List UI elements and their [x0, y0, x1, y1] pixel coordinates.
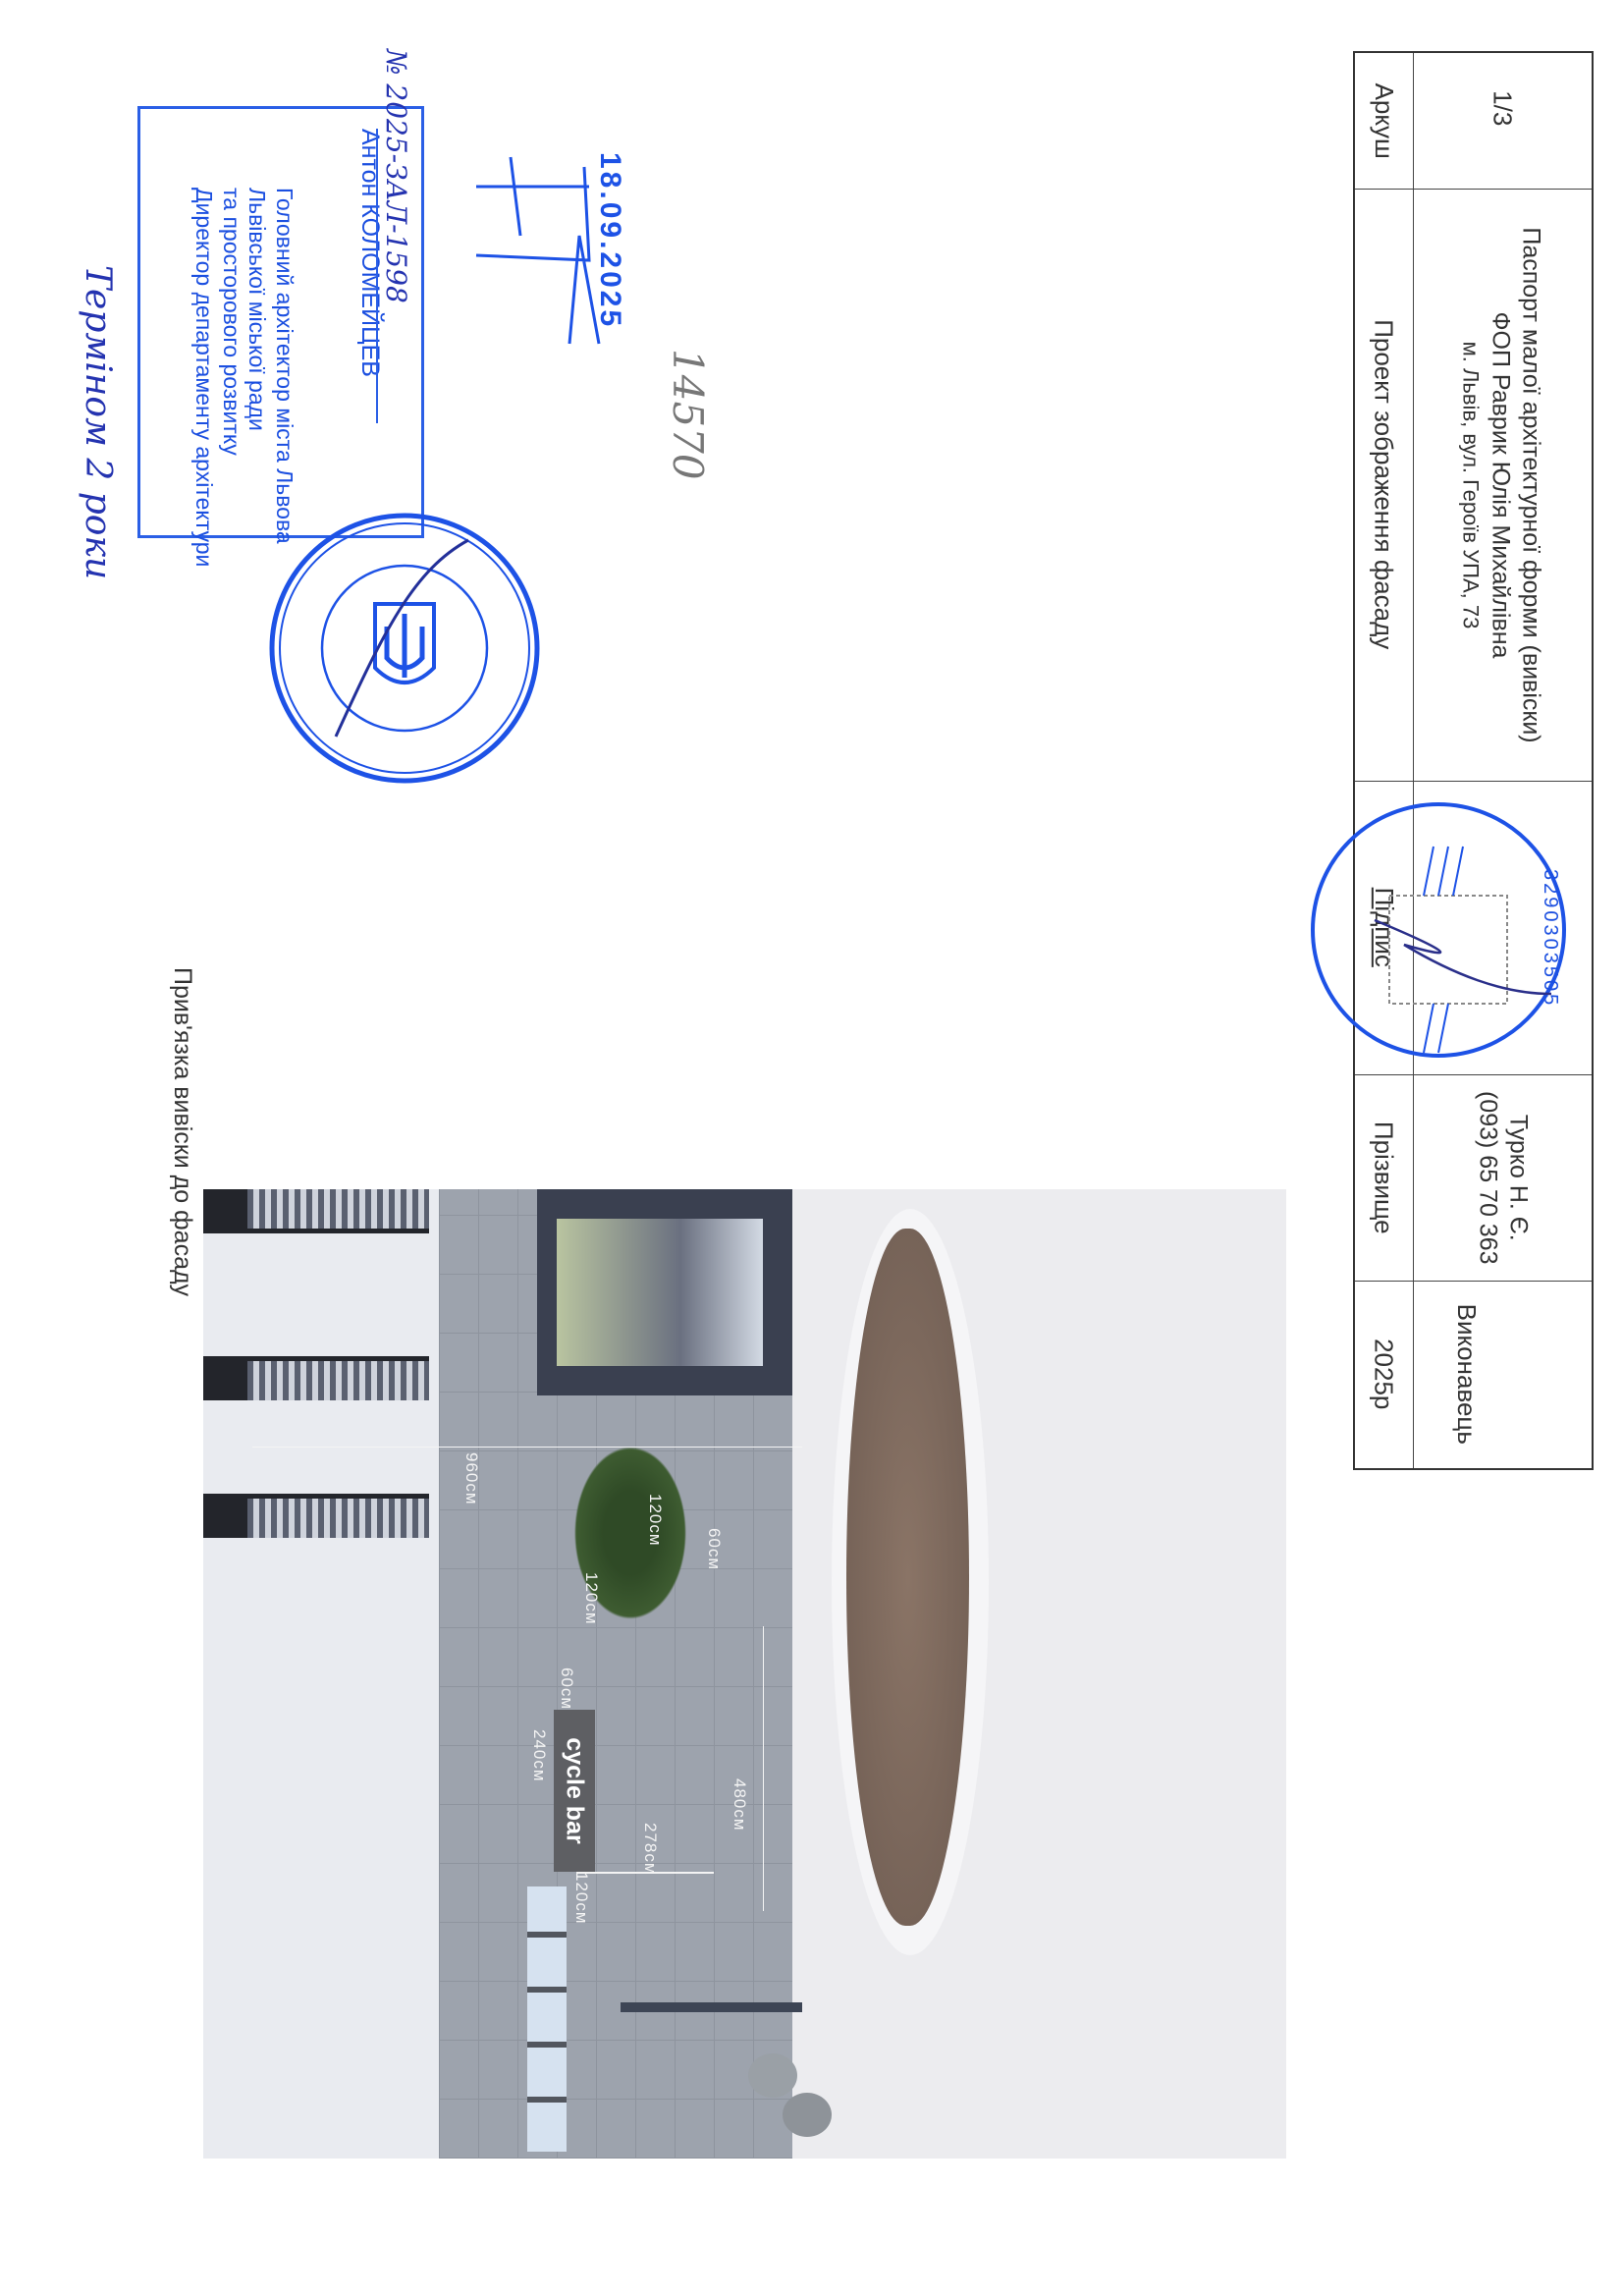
- page-caption: Прив'язка вивіски до фасаду: [168, 967, 196, 1296]
- department-seal: [267, 511, 542, 786]
- louver: [247, 1499, 429, 1538]
- dim-planter-gap: 60см: [704, 1528, 724, 1570]
- dim-total-height: 960см: [461, 1452, 481, 1505]
- header-surname: Прізвище: [1355, 1074, 1413, 1281]
- handwritten-signature: [471, 147, 619, 373]
- title-block: Аркуш Проект зображення фасаду Підпис Пр…: [1353, 51, 1594, 1470]
- value-role: Виконавець: [1413, 1281, 1521, 1468]
- louver: [247, 1189, 429, 1229]
- approval-line-3: Львівської міської ради: [243, 188, 270, 431]
- project-line-2: ФОП Раврик Юлія Михайлівна: [1486, 227, 1516, 742]
- value-surname: Турко Н. Є. (093) 65 70 363: [1413, 1074, 1592, 1281]
- approval-line-4: Головний архітектор міста Львова: [271, 188, 298, 544]
- bollard: [783, 2093, 832, 2137]
- bollard: [748, 2053, 797, 2098]
- surname-line-2: (093) 65 70 363: [1472, 1091, 1502, 1265]
- sign-text: cycle bar: [561, 1737, 589, 1843]
- window-strip: [527, 1886, 567, 2152]
- dim-tree-width: 120см: [645, 1494, 665, 1547]
- header-project: Проект зображення фасаду: [1355, 189, 1413, 781]
- project-line-1: Паспорт малої архітектурної форми (вивіс…: [1516, 227, 1546, 742]
- approval-line-1: Директор департаменту архітектури: [190, 188, 217, 567]
- dim-line-total: [252, 1447, 802, 1448]
- registration-number: 14570: [664, 349, 712, 480]
- street-lamp: [621, 2002, 802, 2012]
- project-line-3: м. Львів, вул. Героїв УПА, 73: [1458, 227, 1486, 742]
- facade-photo: cycle bar 960см 240см 278см 120см 60см 1…: [203, 1189, 1286, 2159]
- signature-line: [376, 129, 378, 423]
- dim-tree-top-gap: 120см: [581, 1572, 601, 1625]
- value-project: Паспорт малої архітектурної форми (вивіс…: [1413, 189, 1592, 781]
- executor-seal: [1306, 797, 1571, 1063]
- surname-line-1: Турко Н. Є.: [1502, 1091, 1533, 1265]
- header-sheet: Аркуш: [1355, 53, 1413, 189]
- dim-sign-to-ground: 278см: [640, 1823, 660, 1876]
- cycle-bar-sign: cycle bar: [554, 1710, 595, 1872]
- dim-planter-length: 480см: [730, 1778, 749, 1831]
- value-sheet: 1/3: [1413, 53, 1592, 189]
- handwritten-term-note: Терміном 2 роки: [78, 265, 118, 579]
- executor-seal-code: 3290303505: [1539, 869, 1561, 1008]
- handwritten-reg-note: № 2025-ЗАЛ-1598: [380, 49, 412, 303]
- louver: [247, 1361, 429, 1400]
- dim-sign-offset-right: 60см: [557, 1667, 576, 1710]
- planter-mulch: [846, 1229, 969, 1926]
- dim-sign-offset-left: 120см: [571, 1872, 591, 1925]
- approval-line-2: та просторового розвитку: [218, 188, 244, 456]
- dim-line-planter: [763, 1626, 764, 1911]
- storefront-reflection: [557, 1219, 763, 1366]
- dim-sign-width: 240см: [529, 1729, 549, 1782]
- header-year: 2025р: [1355, 1281, 1413, 1468]
